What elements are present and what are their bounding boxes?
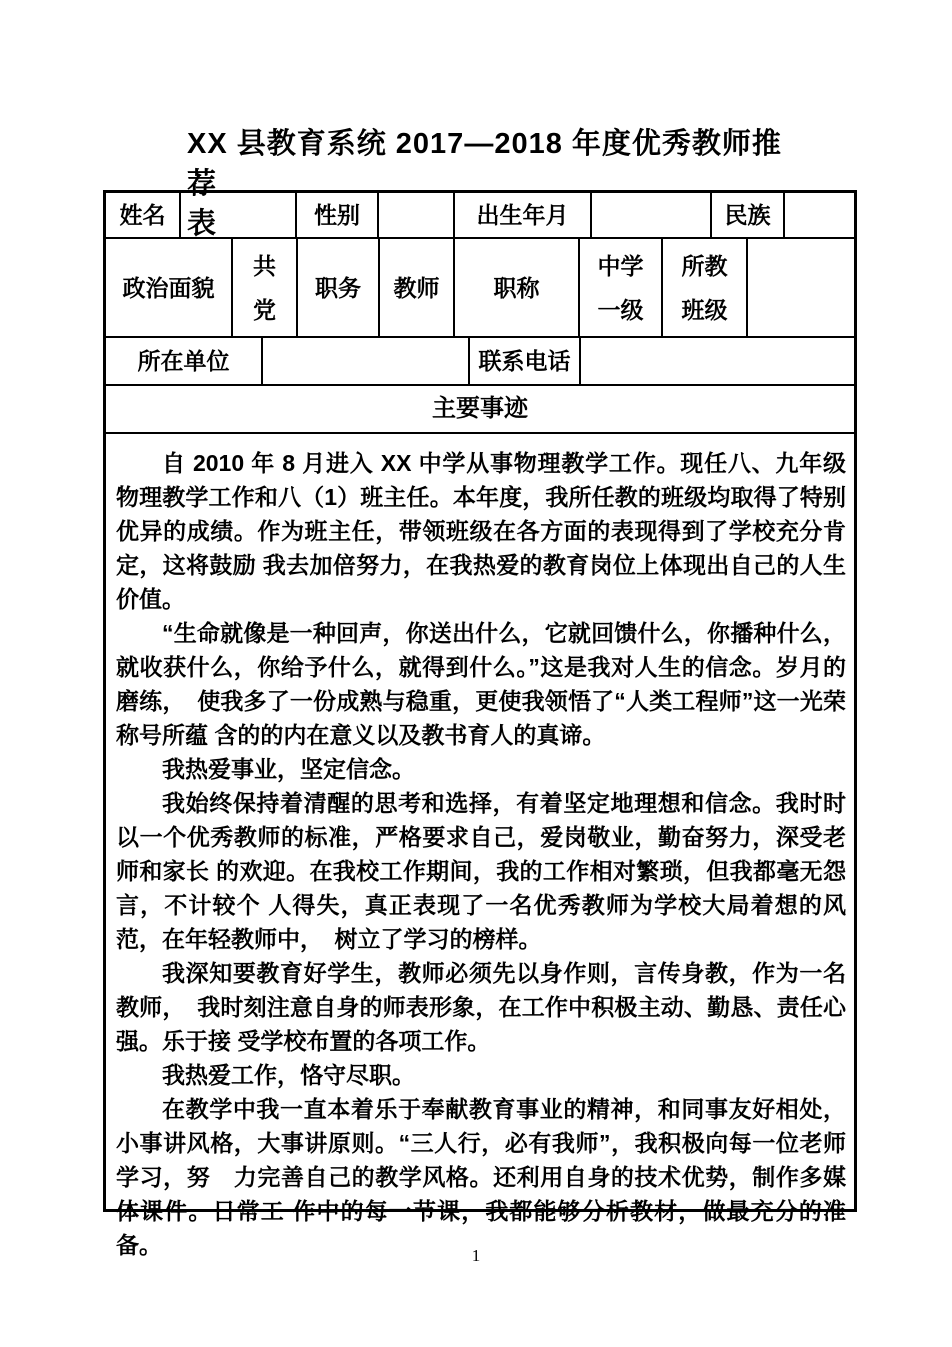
position-value: 教师 xyxy=(380,239,455,336)
page-number: 1 xyxy=(0,1246,952,1266)
classes-taught-value xyxy=(748,239,854,336)
classes-taught-label: 所教班级 xyxy=(663,239,748,336)
document-title: XX 县教育系统 2017—2018 年度优秀教师推荐 表 xyxy=(187,124,787,244)
body-paragraph: 我热爱工作，恪守尽职。 xyxy=(116,1058,846,1092)
name-label: 姓名 xyxy=(106,193,181,237)
table-row: 政治面貌 中共党员 职务 教师 职称 中学一级 所教班级 xyxy=(106,239,854,338)
body-paragraph: 我热爱事业，坚定信念。 xyxy=(116,752,846,786)
section-header-main-achievements: 主要事迹 xyxy=(106,386,854,432)
professional-title-label: 职称 xyxy=(455,239,580,336)
work-unit-label: 所在单位 xyxy=(106,338,263,384)
recommendation-form-table: 姓名 性别 出生年月 民族 政治面貌 中共党员 职务 教师 职称 中学一级 所教… xyxy=(103,190,857,1212)
table-row: 所在单位 联系电话 xyxy=(106,338,854,386)
table-row: 主要事迹 xyxy=(106,386,854,434)
body-paragraph: “生命就像是一种回声，你送出什么，它就回馈什么，你播种什么，就收获什么，你给予什… xyxy=(116,616,846,752)
body-paragraph: 自 2010 年 8 月进入 XX 中学从事物理教学工作。现任八、九年级物理教学… xyxy=(116,446,846,616)
phone-label: 联系电话 xyxy=(470,338,581,384)
political-status-value: 中共党员 xyxy=(233,239,298,336)
body-paragraph: 在教学中我一直本着乐于奉献教育事业的精神，和同事友好相处，小事讲风格，大事讲原则… xyxy=(116,1092,846,1262)
position-label: 职务 xyxy=(298,239,380,336)
body-paragraph: 我深知要教育好学生，教师必须先以身作则，言传身教，作为一名教师， 我时刻注意自身… xyxy=(116,956,846,1058)
work-unit-value xyxy=(263,338,470,384)
political-status-label: 政治面貌 xyxy=(106,239,233,336)
phone-value xyxy=(581,338,854,384)
body-paragraph: 我始终保持着清醒的思考和选择，有着坚定地理想和信念。我时时以一个优秀教师的标准，… xyxy=(116,786,846,956)
table-row: 自 2010 年 8 月进入 XX 中学从事物理教学工作。现任八、九年级物理教学… xyxy=(106,434,854,1262)
document-page: XX 县教育系统 2017—2018 年度优秀教师推荐 表 姓名 性别 出生年月… xyxy=(0,0,952,1347)
main-achievements-text: 自 2010 年 8 月进入 XX 中学从事物理教学工作。现任八、九年级物理教学… xyxy=(106,434,854,1262)
professional-title-value: 中学一级 xyxy=(580,239,663,336)
ethnicity-value xyxy=(785,193,854,237)
